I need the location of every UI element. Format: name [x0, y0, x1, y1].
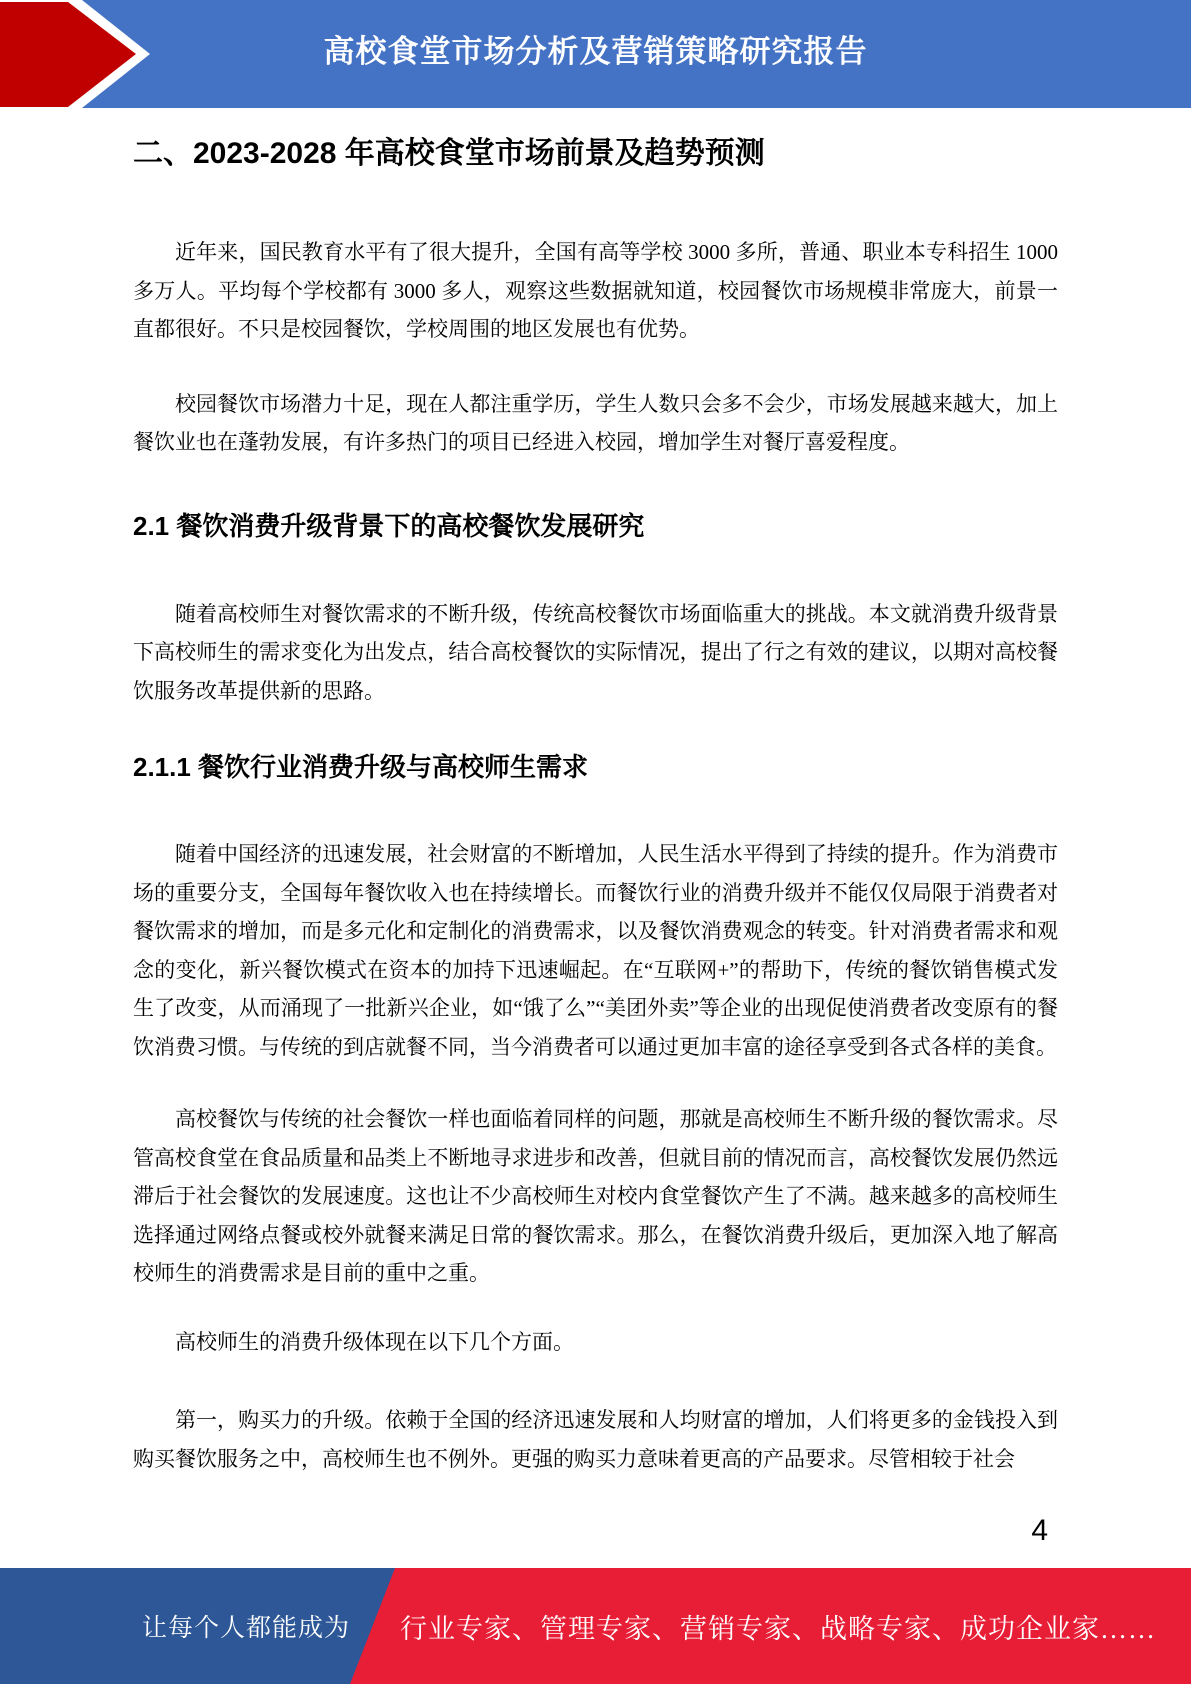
section-heading-2-1: 2.1 餐饮消费升级背景下的高校餐饮发展研究: [133, 508, 1058, 544]
section-heading-2-1-1: 2.1.1 餐饮行业消费升级与高校师生需求: [133, 749, 1058, 785]
page-footer: 让每个人都能成为 行业专家、管理专家、营销专家、战略专家、成功企业家……: [0, 1568, 1191, 1684]
paragraph-2-1-1-d: 第一，购买力的升级。依赖于全国的经济迅速发展和人均财富的增加，人们将更多的金钱投…: [133, 1401, 1058, 1478]
page-header: 高校食堂市场分析及营销策略研究报告: [0, 0, 1191, 108]
paragraph-intro-1: 近年来，国民教育水平有了很大提升，全国有高等学校 3000 多所，普通、职业本专…: [133, 233, 1058, 349]
footer-slogan-left: 让每个人都能成为: [0, 1568, 360, 1684]
report-title: 高校食堂市场分析及营销策略研究报告: [0, 0, 1191, 96]
report-page: 高校食堂市场分析及营销策略研究报告 二、2023-2028 年高校食堂市场前景及…: [0, 0, 1191, 1684]
paragraph-intro-2: 校园餐饮市场潜力十足，现在人都注重学历，学生人数只会多不会少，市场发展越来越大，…: [133, 385, 1058, 462]
page-number: 4: [1031, 1510, 1048, 1552]
paragraph-2-1-1-b: 高校餐饮与传统的社会餐饮一样也面临着同样的问题，那就是高校师生不断升级的餐饮需求…: [133, 1100, 1058, 1293]
paragraph-2-1-1-a: 随着中国经济的迅速发展，社会财富的不断增加，人民生活水平得到了持续的提升。作为消…: [133, 835, 1058, 1066]
paragraph-2-1: 随着高校师生对餐饮需求的不断升级，传统高校餐饮市场面临重大的挑战。本文就消费升级…: [133, 595, 1058, 711]
footer-slogan-right: 行业专家、管理专家、营销专家、战略专家、成功企业家……: [400, 1568, 1160, 1684]
document-body: 二、2023-2028 年高校食堂市场前景及趋势预测 近年来，国民教育水平有了很…: [133, 108, 1058, 1478]
paragraph-2-1-1-c: 高校师生的消费升级体现在以下几个方面。: [133, 1323, 1058, 1362]
chapter-heading: 二、2023-2028 年高校食堂市场前景及趋势预测: [133, 134, 1058, 174]
